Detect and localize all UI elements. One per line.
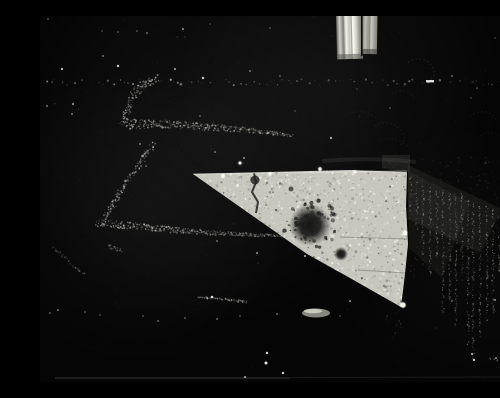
small-dark-spot [334,247,348,261]
abstract-night-photograph [40,16,500,382]
film-strip-right [362,16,378,54]
hanging-film-strips [336,16,378,59]
strip-gap [361,16,363,56]
photo-canvas [40,16,500,382]
bright-light-dash [426,80,434,82]
crack-knot [251,176,260,185]
bottom-edge-line [290,377,500,378]
film-strip-left [336,16,363,59]
